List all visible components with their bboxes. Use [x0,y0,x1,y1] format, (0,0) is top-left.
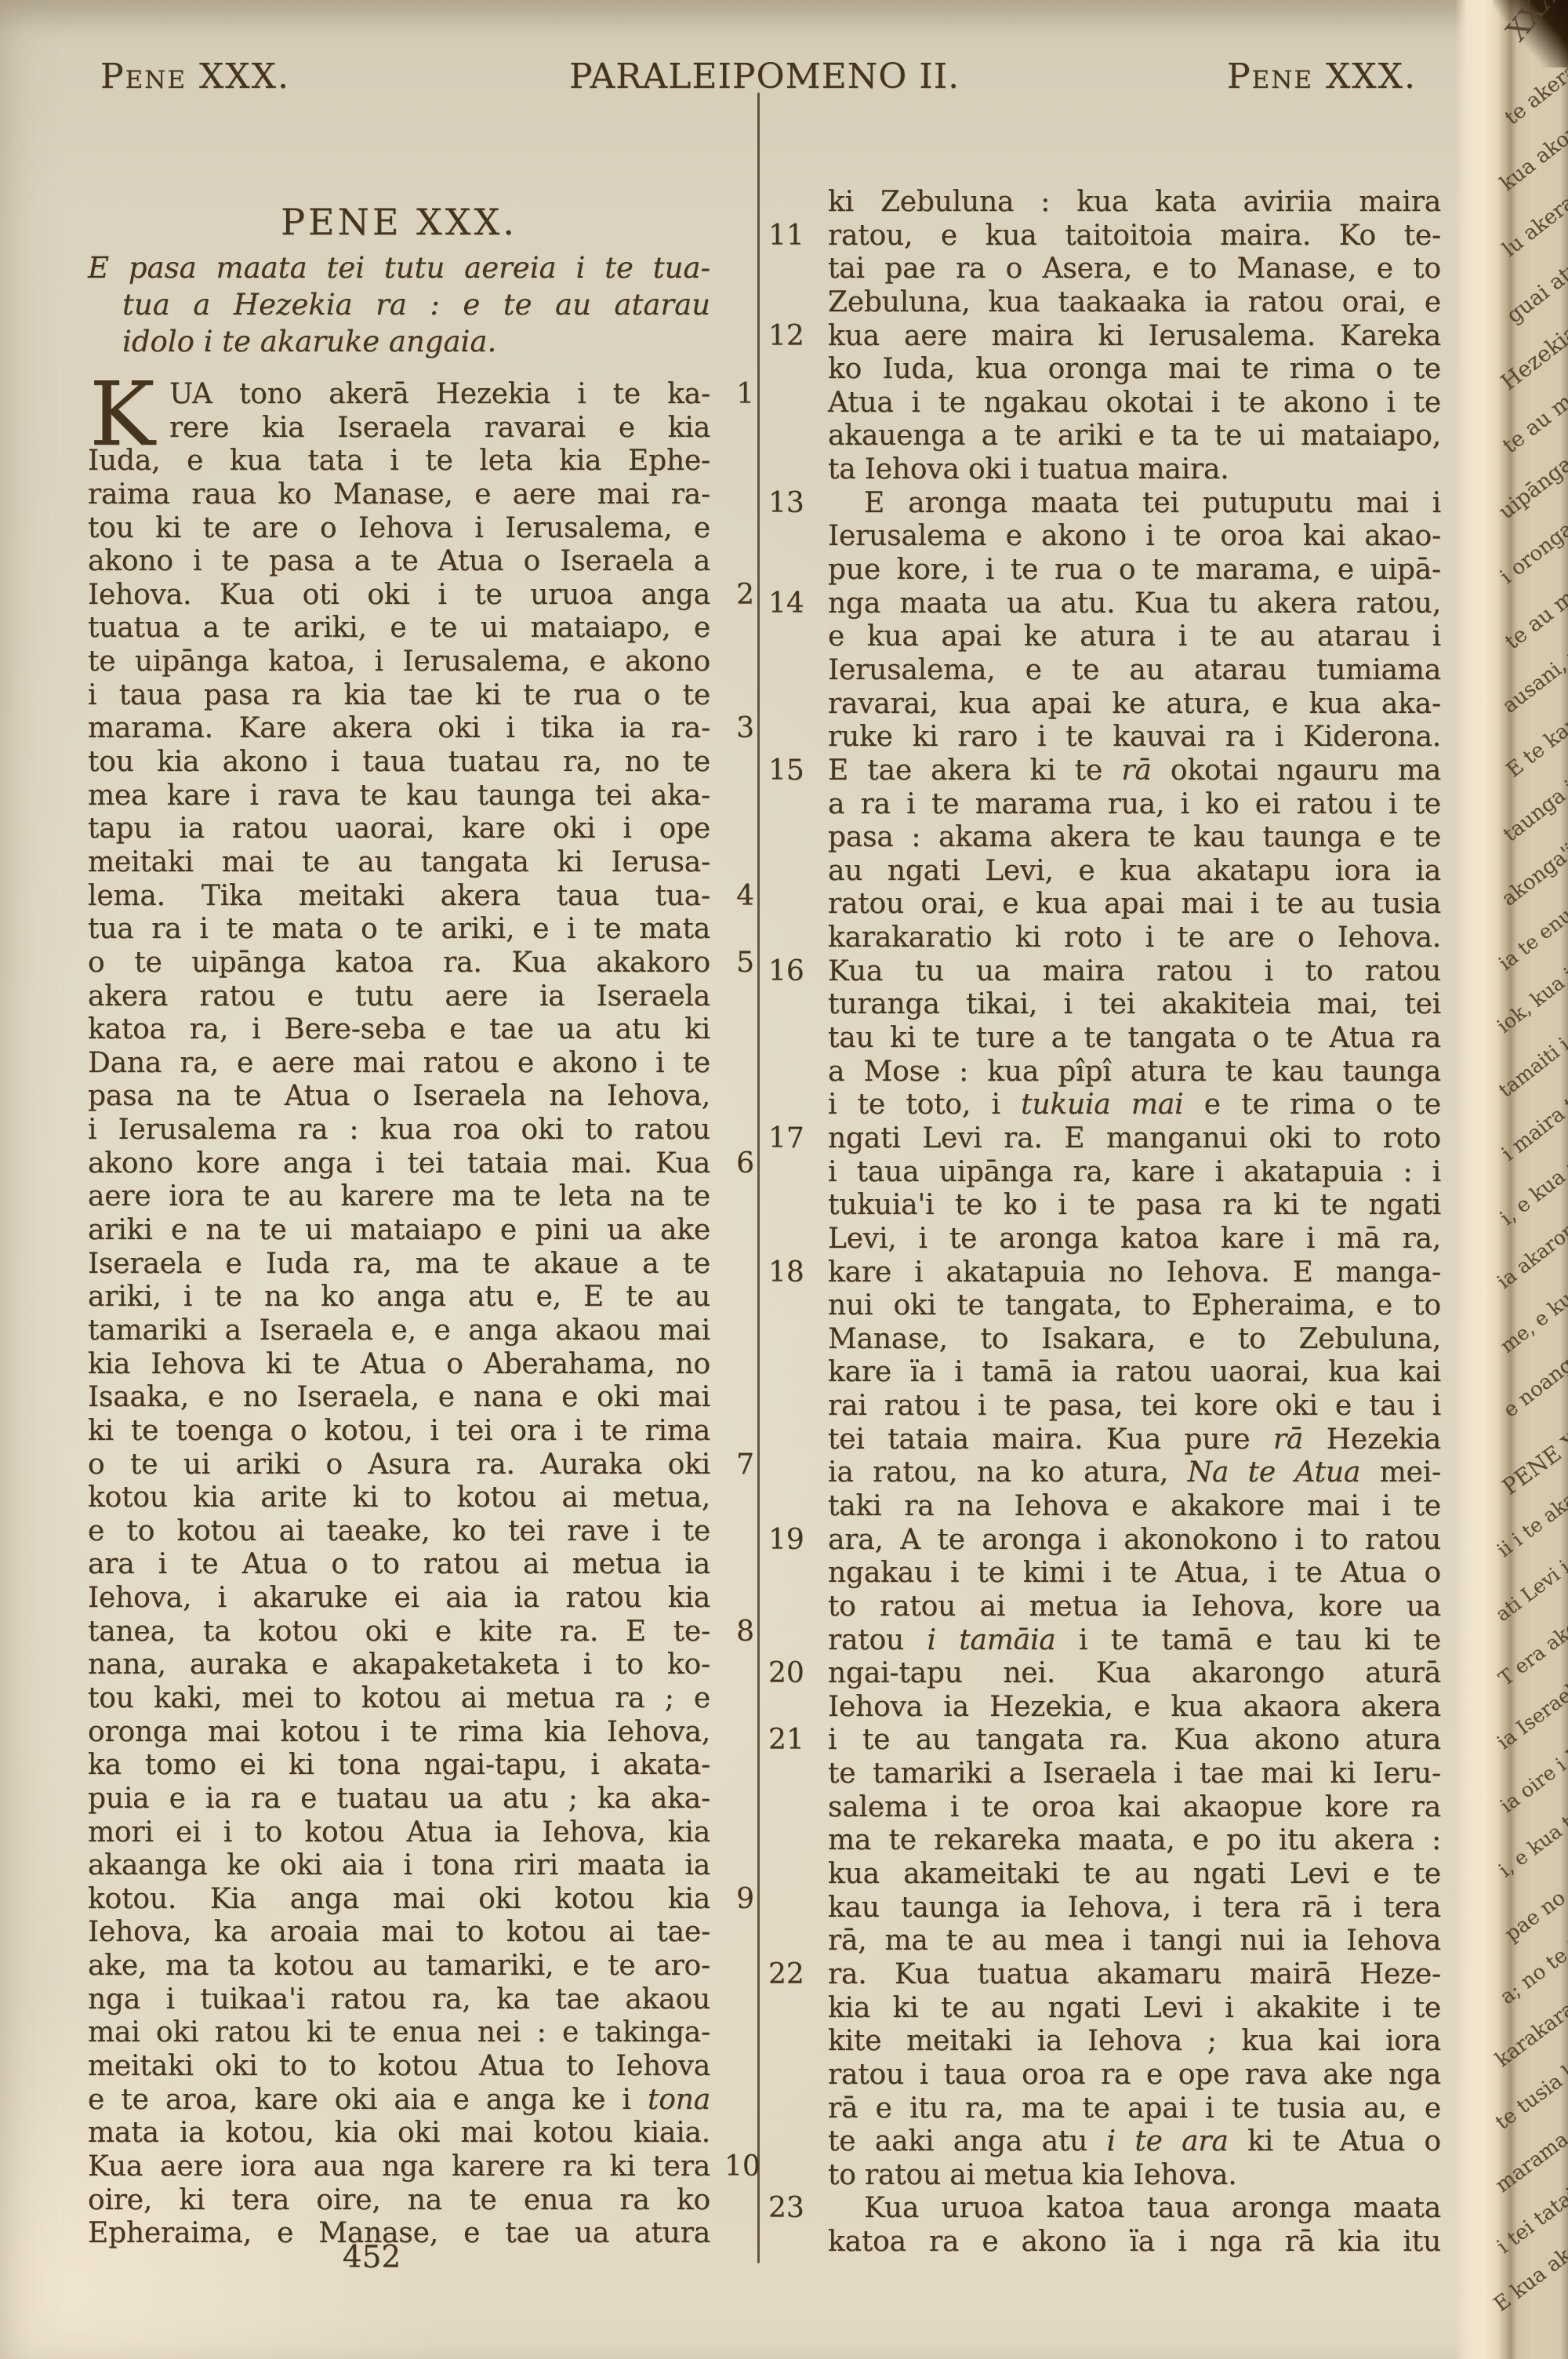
text-run: lema. Tika meitaki akera taua tua- [88,880,710,912]
text-line: kia Iehova ki te Atua o Aberahama, no [88,1348,710,1382]
text-run: pue kore, i te rua o te marama, e uipā- [828,554,1441,586]
text-run: to ratou ai metua ia Iehova, kore ua [828,1590,1441,1623]
text-run: kua aere maira ki Ierusalema. Kareka [828,320,1441,352]
verse-number: 17 [768,1122,814,1156]
text-run: to ratou ai metua kia Iehova. [828,2159,1237,2191]
text-line: a Mose : kua pîpî atura te kau taunga [828,1056,1441,1089]
text-run: nana, auraka e akapaketaketa i to ko- [88,1648,710,1681]
text-line: Iehova ia Hezekia, e kua akaora akera [828,1691,1441,1725]
text-line: ratou, e kua taitoitoia maira. Ko te-11 [828,220,1441,253]
text-run: mea kare i rava te kau taunga tei aka- [88,780,710,812]
text-run: idolo i te akaruke angaia. [122,325,496,358]
verse-number: 12 [768,320,814,354]
text-run: akera ratou e tutu aere ia Iseraela [88,980,710,1012]
text-run: ki Zebuluna : kua kata aviriia maira [828,186,1441,218]
text-line: kua aere maira ki Ierusalema. Kareka12 [828,320,1441,354]
column-divider-rule [757,93,760,2263]
italic-text: Na te Atua [1188,1456,1361,1488]
verse-number: 23 [768,2192,814,2226]
text-line: ariki e na te ui mataiapo e pini ua ake [88,1214,710,1248]
text-run: Ierusalema, e te au atarau tumiama [828,654,1441,686]
text-run: Iehova, ka aroaia mai to kotou ai tae- [88,1916,710,1948]
text-line: Iseraela e Iuda ra, ma te akaue a te [88,1248,710,1281]
italic-text: tukuia mai [1021,1089,1183,1121]
text-line: i taua uipānga ra, kare i akatapuia : i [828,1156,1441,1190]
text-run: tuatua a te ariki, e te ui mataiapo, e [88,612,710,644]
verse-number: 11 [768,220,814,253]
text-run: Iehova ia Hezekia, e kua akaora akera [828,1691,1441,1723]
text-line: tou ki te are o Iehova i Ierusalema, e [88,512,710,546]
text-run: akono i te pasa a te Atua o Iseraela a [88,545,710,577]
text-line: Atua i te ngakau okotai i te akono i te [828,387,1441,420]
text-run: raima raua ko Manase, e aere mai ra- [88,478,710,511]
text-run: rā e itu ra, ma te apai i te tusia au, e [828,2092,1441,2125]
text-line: e to kotou ai taeake, ko tei rave i te [88,1515,710,1549]
text-line: kau taunga ia Iehova, i tera rā i tera [828,1892,1441,1925]
text-line: Ierusalema, e te au atarau tumiama [828,654,1441,688]
text-line: e te aroa, kare oki aia e anga ke i tona [88,2084,710,2117]
verse-number: 7 [724,1448,754,1482]
text-line: a ra i te marama rua, i ko ei ratou i te [828,788,1441,822]
text-run: ruke ki raro i te kauvai ra i Kiderona. [828,721,1441,753]
text-run: ngakau i te kimi i te Atua, i te Atua o [828,1557,1441,1589]
text-line: E aronga maata tei putuputu mai i13 [828,487,1441,521]
text-line: taki ra na Iehova e akakore mai i te [828,1490,1441,1524]
next-page-text-fragment: ia oire i I [1496,1745,1568,1817]
text-line: ara, A te aronga i akonokono i to ratou1… [828,1524,1441,1558]
text-run: Ierusalema e akono i te oroa kai akao- [828,520,1441,552]
text-line: ariki, i te na ko anga atu e, E te au [88,1281,710,1314]
next-page-text-fragment: pae no [1501,1886,1568,1946]
text-line: to ratou ai metua kia Iehova. [828,2159,1441,2193]
text-line: o te ui ariki o Asura ra. Auraka oki7 [88,1448,710,1482]
text-run: mori ei i to kotou Atua ia Iehova, kia [88,1816,710,1848]
chapter-heading: PENE XXX. [88,201,710,243]
text-run: tua a Hezekia ra : e te au atarau [122,288,710,322]
text-line: salema i te oroa kai akaopue kore ra [828,1791,1441,1825]
next-page-text-fragment: te akera [1501,59,1568,130]
text-run: ta Iehova oki i tuatua maira. [828,453,1229,485]
text-line: kare i akatapuia no Iehova. E manga-18 [828,1256,1441,1290]
text-run: taki ra na Iehova e akakore mai i te [828,1490,1441,1522]
text-line: katoa ra, i Bere-seba e tae ua atu ki [88,1013,710,1047]
text-run: meitaki oki to to kotou Atua to Iehova [88,2050,710,2082]
verse-number: 22 [768,1958,814,1992]
text-run: kia ki te au ngati Levi i akakite i te [828,1992,1441,2024]
text-line: ta Iehova oki i tuatua maira. [828,453,1441,487]
text-line: mata ia kotou, kia oki mai kotou kiaia. [88,2117,710,2150]
text-run: Manase, to Isakara, e to Zebuluna, [828,1323,1441,1355]
text-line: pue kore, i te rua o te marama, e uipā- [828,554,1441,587]
text-run: i taua uipānga ra, kare i akatapuia : i [828,1156,1441,1188]
text-line: kite meitaki ia Iehova ; kua kai iora [828,2025,1441,2059]
text-run: Iehova. Kua oti oki i te uruoa anga [88,579,710,611]
text-run: kite meitaki ia Iehova ; kua kai iora [828,2025,1441,2057]
text-run: Levi, i te aronga katoa kare i mā ra, [828,1223,1441,1255]
text-run: rere kia Iseraela ravarai e kia [169,412,710,444]
text-line: tamariki a Iseraela e, e anga akaou mai [88,1314,710,1348]
text-run: ko Iuda, kua oronga mai te rima o te [828,353,1441,385]
text-line: oire, ki tera oire, na te enua ra ko [88,2184,710,2218]
text-run: pasa : akama akera te kau taunga e te [828,821,1441,853]
text-line: akono kore anga i tei tataia mai. Kua6 [88,1147,710,1181]
text-run: i te tamā e tau ki te [1056,1624,1441,1656]
text-run: ravarai, kua apai ke atura, e kua aka- [828,688,1441,720]
text-line: raima raua ko Manase, e aere mai ra- [88,478,710,512]
text-line: Kua uruoa katoa taua aronga maata23 [828,2192,1441,2226]
text-line: ara i te Atua o to ratou ai metua ia [88,1548,710,1582]
text-line: ki Zebuluna : kua kata aviriia maira [828,186,1441,220]
text-run: ratou orai, e kua apai mai i te au tusia [828,888,1441,920]
italic-text: i te ara [1107,2125,1229,2157]
book-scan-page: { "header": { "left": "Pene XXX.", "cent… [0,0,1568,2359]
text-run: nui oki te tangata, to Epheraima, e to [828,1289,1441,1321]
next-page-text-fragment: PENE X [1497,1427,1568,1500]
text-line: ra. Kua tuatua akamaru mairā Heze-22 [828,1958,1441,1992]
text-run: mai oki ratou ki te enua nei : e takinga… [88,2016,710,2048]
text-line: nga i tuikaa'i ratou ra, ka tae akaou [88,1983,710,2017]
text-line: meitaki mai te au tangata ki Ierusa- [88,846,710,880]
verse-number: 16 [768,955,814,989]
verse-number: 1 [724,378,754,412]
text-run: UA tono akerā Hezekia i te ka- [169,378,710,410]
text-run: i Ierusalema ra : kua roa oki to ratou [88,1114,710,1146]
text-run: tei tataia maira. Kua pure [828,1423,1273,1456]
text-run: a ra i te marama rua, i ko ei ratou i te [828,788,1441,820]
text-line: mai oki ratou ki te enua nei : e takinga… [88,2016,710,2050]
verse-number: 13 [768,487,814,521]
verse-number: 5 [724,947,754,980]
text-run: Kua aere iora aua nga karere ra ki tera [88,2150,710,2183]
verse-number: 4 [724,880,754,914]
text-run: Iehova, i akaruke ei aia ia ratou kia [88,1582,710,1614]
text-run: Hezekia [1303,1423,1441,1456]
text-run: ka tomo ei ki tona ngai-tapu, i akata- [88,1749,710,1781]
italic-text: tona [648,2084,710,2116]
text-line: Ierusalema e akono i te oroa kai akao- [828,520,1441,554]
text-line: tou kia akono i taua tuatau ra, no te [88,746,710,780]
text-line: mori ei i to kotou Atua ia Iehova, kia [88,1816,710,1850]
text-line: nui oki te tangata, to Epheraima, e to [828,1289,1441,1323]
text-line: mea kare i rava te kau taunga tei aka- [88,780,710,813]
text-line: to ratou ai metua ia Iehova, kore ua [828,1590,1441,1624]
running-head-right: Pene XXX. [1227,56,1417,96]
text-run: Isaaka, e no Iseraela, e nana e oki mai [88,1381,710,1413]
text-line: kotou. Kia anga mai oki kotou kia9 [88,1883,710,1917]
text-run: rai ratou i te pasa, tei kore oki e tau … [828,1390,1441,1422]
verse-number: 8 [724,1616,754,1649]
text-run: kare ïa i tamā ia ratou uaorai, kua kai [828,1356,1441,1388]
text-line: karakaratio ki roto i te are o Iehova. [828,921,1441,955]
next-page-text-fragment: ausani, n [1498,642,1568,718]
text-run: mata ia kotou, kia oki mai kotou kiaia. [88,2117,710,2149]
text-run: au ngati Levi, e kua akatapu iora ia [828,855,1441,887]
text-run: ma te rekareka maata, e po itu akera : [828,1824,1441,1856]
text-line: nga maata ua atu. Kua tu akera ratou,14 [828,587,1441,621]
text-run: kotou. Kia anga mai oki kotou kia [88,1883,710,1915]
text-line: i te toto, i tukuia mai e te rima o te [828,1089,1441,1122]
text-line: Manase, to Isakara, e to Zebuluna, [828,1323,1441,1357]
text-line: idolo i te akaruke angaia. [88,323,710,360]
text-line: lema. Tika meitaki akera taua tua-4 [88,880,710,914]
text-run: ariki e na te ui mataiapo e pini ua ake [88,1214,710,1246]
text-run: E aronga maata tei putuputu mai i [864,487,1441,519]
next-page-text-fragment: taunga i [1499,776,1568,846]
text-run: kia Iehova ki te Atua o Aberahama, no [88,1348,710,1380]
text-run: akono kore anga i tei tataia mai. Kua [88,1147,710,1179]
text-line: puia e ia ra e tuatau ua atu ; ka aka- [88,1783,710,1816]
text-line: au ngati Levi, e kua akatapu iora ia [828,855,1441,889]
text-run: nga i tuikaa'i ratou ra, ka tae akaou [88,1983,710,2016]
text-line: tukuia'i te ko i te pasa ra ki te ngati [828,1189,1441,1223]
text-line: katoa ra e akono ïa i nga rā kia itu [828,2226,1441,2259]
text-line: i taua pasa ra kia tae ki te rua o te [88,679,710,713]
verse-number: 20 [768,1657,814,1691]
text-run: ake, ma ta kotou au tamariki, e te aro- [88,1950,710,1982]
text-run: akauenga a te ariki e ta te ui mataiapo, [828,420,1441,452]
text-line: Zebuluna, kua taakaaka ia ratou orai, e [828,286,1441,320]
text-run: puia e ia ra e tuatau ua atu ; ka aka- [88,1783,710,1815]
text-line: pasa na te Atua o Iseraela na Iehova, [88,1080,710,1114]
text-line: kia ki te au ngati Levi i akakite i te [828,1992,1441,2026]
text-run: katoa ra e akono ïa i nga rā kia itu [828,2226,1441,2258]
text-line: tou kaki, mei to kotou ai metua ra ; e [88,1682,710,1716]
text-run: tou kaki, mei to kotou ai metua ra ; e [88,1682,710,1714]
text-line: ratou i tamāia i te tamā e tau ki te [828,1624,1441,1658]
text-run: te tamariki a Iseraela i tae mai ki Ieru… [828,1757,1441,1790]
text-line: te uipānga katoa, i Ierusalema, e akono [88,645,710,679]
text-line: i te au tangata ra. Kua akono atura21 [828,1724,1441,1757]
italic-text: i tamāia [927,1624,1055,1656]
text-run: te uipānga katoa, i Ierusalema, e akono [88,645,710,678]
verse-number: 18 [768,1256,814,1290]
text-line: tua a Hezekia ra : e te au atarau [88,286,710,323]
text-line: Kua aere iora aua nga karere ra ki tera1… [88,2150,710,2184]
text-run: e kua apai ke atura i te au atarau i [828,620,1441,652]
text-run: tanea, ta kotou oki e kite ra. E te- [88,1616,710,1648]
text-run: tamariki a Iseraela e, e anga akaou mai [88,1314,710,1347]
text-line: i Ierusalema ra : kua roa oki to ratou [88,1114,710,1147]
text-line: kare ïa i tamā ia ratou uaorai, kua kai [828,1356,1441,1390]
text-run: ki te Atua o [1229,2125,1441,2157]
text-run: tapu ia ratou uaorai, kare oki i ope [88,812,710,845]
text-run: i te toto, i [828,1089,1021,1121]
text-run: nga maata ua atu. Kua tu akera ratou, [828,587,1441,620]
italic-text: rā [1273,1423,1303,1456]
text-run: ara, A te aronga i akonokono i to ratou [828,1524,1441,1556]
text-line: ia ratou, na ko atura, Na te Atua mei- [828,1456,1441,1490]
text-line: rai ratou i te pasa, tei kore oki e tau … [828,1390,1441,1423]
text-line: ki te toenga o kotou, i tei ora i te rim… [88,1415,710,1448]
text-line: ngai-tapu nei. Kua akarongo aturā20 [828,1657,1441,1691]
text-run: akaanga ke oki aia i tona riri maata ia [88,1849,710,1881]
text-line: Isaaka, e no Iseraela, e nana e oki mai [88,1381,710,1415]
next-page-text-fragment: E te kau [1502,711,1568,783]
text-run: ngai-tapu nei. Kua akarongo aturā [828,1657,1441,1689]
text-run: Atua i te ngakau okotai i te akono i te [828,387,1441,419]
page-number: 452 [88,2240,655,2275]
text-run: salema i te oroa kai akaopue kore ra [828,1791,1441,1823]
text-run: oronga mai kotou i te rima kia Iehova, [88,1716,710,1748]
text-run: pasa na te Atua o Iseraela na Iehova, [88,1080,710,1112]
book-fore-edge: XXXI.te akerakua akonolu akera oguai atu… [1455,0,1568,2359]
text-line: tanea, ta kotou oki e kite ra. E te-8 [88,1616,710,1649]
text-line: E tae akera ki te rā okotai ngauru ma15 [828,754,1441,788]
text-run: aere iora te au karere ma te leta na te [88,1180,710,1212]
text-run: o te ui ariki o Asura ra. Auraka oki [88,1448,710,1481]
text-line: Kua tu ua maira ratou i to ratou16 [828,955,1441,989]
italic-text: rā [1121,754,1151,787]
next-page-text-fragment: Hezekia i [1496,311,1568,395]
text-line: oronga mai kotou i te rima kia Iehova, [88,1716,710,1750]
text-run: e to kotou ai taeake, ko tei rave i te [88,1515,710,1547]
text-run: Kua uruoa katoa taua aronga maata [864,2192,1441,2224]
text-run: tou ki te are o Iehova i Ierusalema, e [88,512,710,544]
text-line: kotou kia arite ki to kotou ai metua, [88,1481,710,1515]
text-run: tua ra i te mata o te ariki, e i te mata [88,913,710,945]
text-run: Kua tu ua maira ratou i to ratou [828,955,1441,987]
text-line: ratou orai, e kua apai mai i te au tusia [828,888,1441,921]
text-line: ratou i taua oroa ra e ope rava ake nga [828,2059,1441,2092]
text-run: ra. Kua tuatua akamaru mairā Heze- [828,1958,1441,1990]
text-run: ariki, i te na ko anga atu e, E te au [88,1281,710,1313]
text-run: o te uipānga katoa ra. Kua akakoro [88,947,710,979]
text-line: Levi, i te aronga katoa kare i mā ra, [828,1223,1441,1256]
text-run: tau ki te ture a te tangata o te Atua ra [828,1022,1441,1054]
text-run: tai pae ra o Asera, e to Manase, e to [828,253,1441,285]
verse-number: 6 [724,1147,754,1181]
text-line: ko Iuda, kua oronga mai te rima o te [828,353,1441,387]
text-line: Dana ra, e aere mai ratou e akono i te [88,1047,710,1081]
text-line: tai pae ra o Asera, e to Manase, e to [828,253,1441,286]
text-line: UA tono akerā Hezekia i te ka-1 [88,378,710,412]
text-run: tukuia'i te ko i te pasa ra ki te ngati [828,1189,1441,1221]
text-line: rā e itu ra, ma te apai i te tusia au, e [828,2092,1441,2126]
text-line: e kua apai ke atura i te au atarau i [828,620,1441,654]
text-line: nana, auraka e akapaketaketa i to ko- [88,1648,710,1682]
text-line: Iuda, e kua tata i te leta kia Ephe- [88,445,710,478]
text-line: akera ratou e tutu aere ia Iseraela [88,980,710,1014]
text-line: te aaki anga atu i te ara ki te Atua o [828,2125,1441,2159]
text-run: Zebuluna, kua taakaaka ia ratou orai, e [828,286,1441,318]
text-run: E pasa maata tei tutu aereia i te tua- [88,251,710,285]
edge-shadow [1560,0,1568,2359]
text-run: te aaki anga atu [828,2125,1107,2157]
text-line: tei tataia maira. Kua pure rā Hezekia [828,1423,1441,1457]
verse-number: 2 [724,579,754,612]
verse-number: 3 [724,712,754,746]
text-line: tuatua a te ariki, e te ui mataiapo, e [88,612,710,645]
right-column: ki Zebuluna : kua kata aviriia mairarato… [828,186,1441,2259]
text-run: ki te toenga o kotou, i tei ora i te rim… [88,1415,710,1447]
text-run: meitaki mai te au tangata ki Ierusa- [88,846,710,878]
text-run: ara i te Atua o to ratou ai metua ia [88,1548,710,1580]
text-run: kau taunga ia Iehova, i tera rā i tera [828,1892,1441,1924]
text-line: pasa : akama akera te kau taunga e te [828,821,1441,855]
text-line: ngakau i te kimi i te Atua, i te Atua o [828,1557,1441,1590]
text-line: tau ki te ture a te tangata o te Atua ra [828,1022,1441,1056]
text-run: ratou, e kua taitoitoia maira. Ko te- [828,220,1441,252]
chapter-summary: E pasa maata tei tutu aereia i te tua-tu… [88,249,710,360]
text-run: karakaratio ki roto i te are o Iehova. [828,921,1441,954]
verse-number: 21 [768,1724,814,1757]
text-line: kua akameitaki te au ngati Levi e te [828,1858,1441,1892]
text-line: akono i te pasa a te Atua o Iseraela a [88,545,710,579]
text-line: rā, ma te au mea i tangi nui ia Iehova [828,1925,1441,1958]
text-line: tapu ia ratou uaorai, kare oki i ope [88,812,710,846]
text-run: ia ratou, na ko atura, [828,1456,1188,1488]
text-line: akauenga a te ariki e ta te ui mataiapo, [828,420,1441,453]
text-run: ratou i taua oroa ra e ope rava ake nga [828,2059,1441,2091]
next-page-text-fragment: te au mo [1501,578,1568,655]
text-line: te tamariki a Iseraela i tae mai ki Ieru… [828,1757,1441,1791]
text-run: okotai ngauru ma [1152,754,1441,787]
verse-number: 9 [724,1883,754,1917]
text-run: rā, ma te au mea i tangi nui ia Iehova [828,1925,1441,1957]
text-line: ka tomo ei ki tona ngai-tapu, i akata- [88,1749,710,1783]
verse-number: 14 [768,587,814,621]
text-line: meitaki oki to to kotou Atua to Iehova [88,2050,710,2084]
text-run: turanga tikai, i tei akakiteia mai, tei [828,988,1441,1020]
text-line: marama. Kare akera oki i tika ia ra-3 [88,712,710,746]
text-run: ratou [828,1624,927,1656]
text-run: Iseraela e Iuda ra, ma te akaue a te [88,1248,710,1280]
text-run: kotou kia arite ki to kotou ai metua, [88,1481,710,1514]
text-line: Iehova, i akaruke ei aia ia ratou kia [88,1582,710,1616]
text-run: i te au tangata ra. Kua akono atura [828,1724,1441,1756]
text-run: kua akameitaki te au ngati Levi e te [828,1858,1441,1890]
text-run: E tae akera ki te [828,754,1121,787]
text-line: ma te rekareka maata, e po itu akera : [828,1824,1441,1858]
text-line: ngati Levi ra. E manganui oki to roto17 [828,1122,1441,1156]
verse-number: 19 [768,1524,814,1558]
text-run: oire, ki tera oire, na te enua ra ko [88,2184,710,2216]
text-run: e te aroa, kare oki aia e anga ke i [88,2084,648,2116]
text-line: rere kia Iseraela ravarai e kia [88,412,710,445]
text-line: E pasa maata tei tutu aereia i te tua- [88,249,710,286]
next-page-text-fragment: akonga'i [1497,838,1568,911]
next-page-text-fragment: guai atu [1502,255,1568,329]
text-run: mei- [1360,1456,1441,1488]
text-run: marama. Kare akera oki i tika ia ra- [88,712,710,744]
next-page-text-fragment: kua akono [1496,112,1568,196]
next-page-text-fragment: a; no te t [1496,1935,1568,2009]
text-run: Dana ra, e aere mai ratou e akono i te [88,1047,710,1079]
text-run: a Mose : kua pîpî atura te kau taunga [828,1056,1441,1088]
text-run: kare i akatapuia no Iehova. E manga- [828,1256,1441,1289]
text-line: aere iora te au karere ma te leta na te [88,1180,710,1214]
text-line: turanga tikai, i tei akakiteia mai, tei [828,988,1441,1022]
text-run: katoa ra, i Bere-seba e tae ua atu ki [88,1013,710,1045]
text-line: ake, ma ta kotou au tamariki, e te aro- [88,1950,710,1983]
text-line: akaanga ke oki aia i tona riri maata ia [88,1849,710,1883]
text-line: o te uipānga katoa ra. Kua akakoro5 [88,947,710,980]
verse-number: 10 [724,2150,754,2184]
left-column: K UA tono akerā Hezekia i te ka-1rere ki… [88,378,710,2251]
text-run: e te rima o te [1183,1089,1441,1121]
text-run: Iuda, e kua tata i te leta kia Ephe- [88,445,710,477]
text-run: ngati Levi ra. E manganui oki to roto [828,1122,1441,1154]
next-page-text-fragment: karakarati [1491,1988,1568,2071]
text-line: ravarai, kua apai ke atura, e kua aka- [828,688,1441,722]
text-line: ruke ki raro i te kauvai ra i Kiderona. [828,721,1441,754]
text-run: i taua pasa ra kia tae ki te rua o te [88,679,710,711]
verse-number: 15 [768,754,814,788]
text-line: Iehova. Kua oti oki i te uruoa anga2 [88,579,710,612]
text-line: Iehova, ka aroaia mai to kotou ai tae- [88,1916,710,1950]
text-run: tou kia akono i taua tuatau ra, no te [88,746,710,778]
text-line: tua ra i te mata o te ariki, e i te mata [88,913,710,947]
